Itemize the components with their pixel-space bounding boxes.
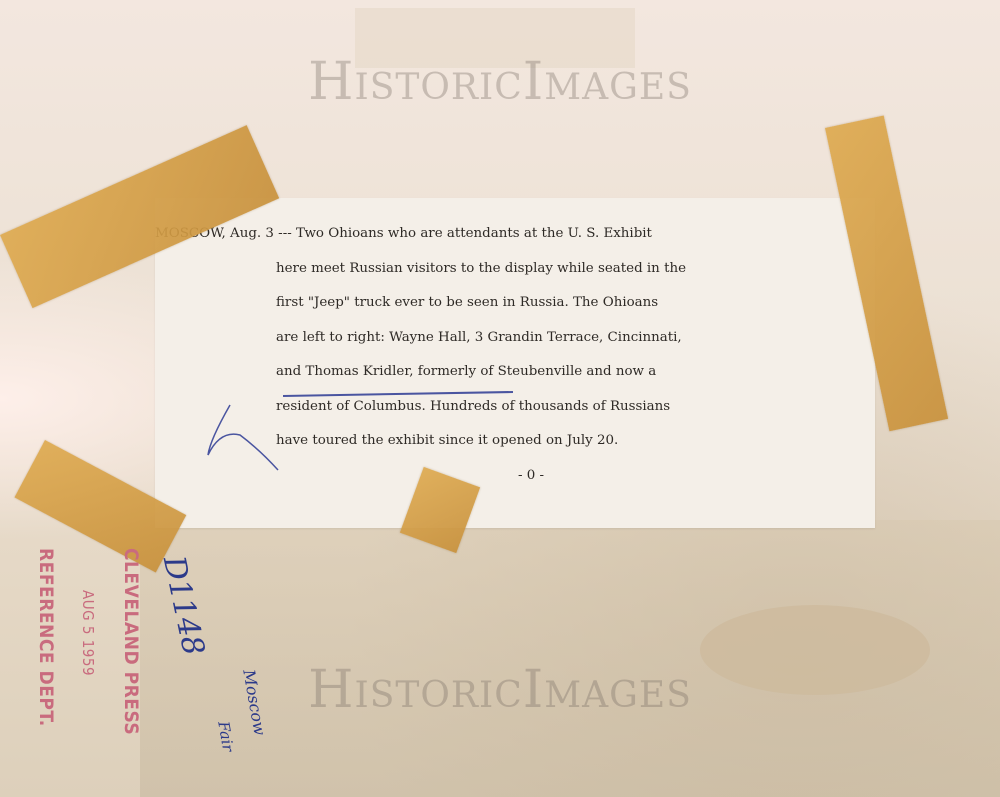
watermark-top: HistoricImages bbox=[0, 52, 1000, 112]
caption-line: here meet Russian visitors to the displa… bbox=[155, 252, 855, 287]
caption-line: MOSCOW, Aug. 3 --- Two Ohioans who are a… bbox=[155, 217, 855, 252]
watermark-bottom: HistoricImages bbox=[0, 660, 1000, 720]
caption-line: first "Jeep" truck ever to be seen in Ru… bbox=[155, 286, 855, 321]
caption-line: are left to right: Wayne Hall, 3 Grandin… bbox=[155, 321, 855, 356]
pen-x-mark-icon bbox=[200, 400, 280, 475]
caption-line: and Thomas Kridler, formerly of Steubenv… bbox=[155, 355, 855, 390]
